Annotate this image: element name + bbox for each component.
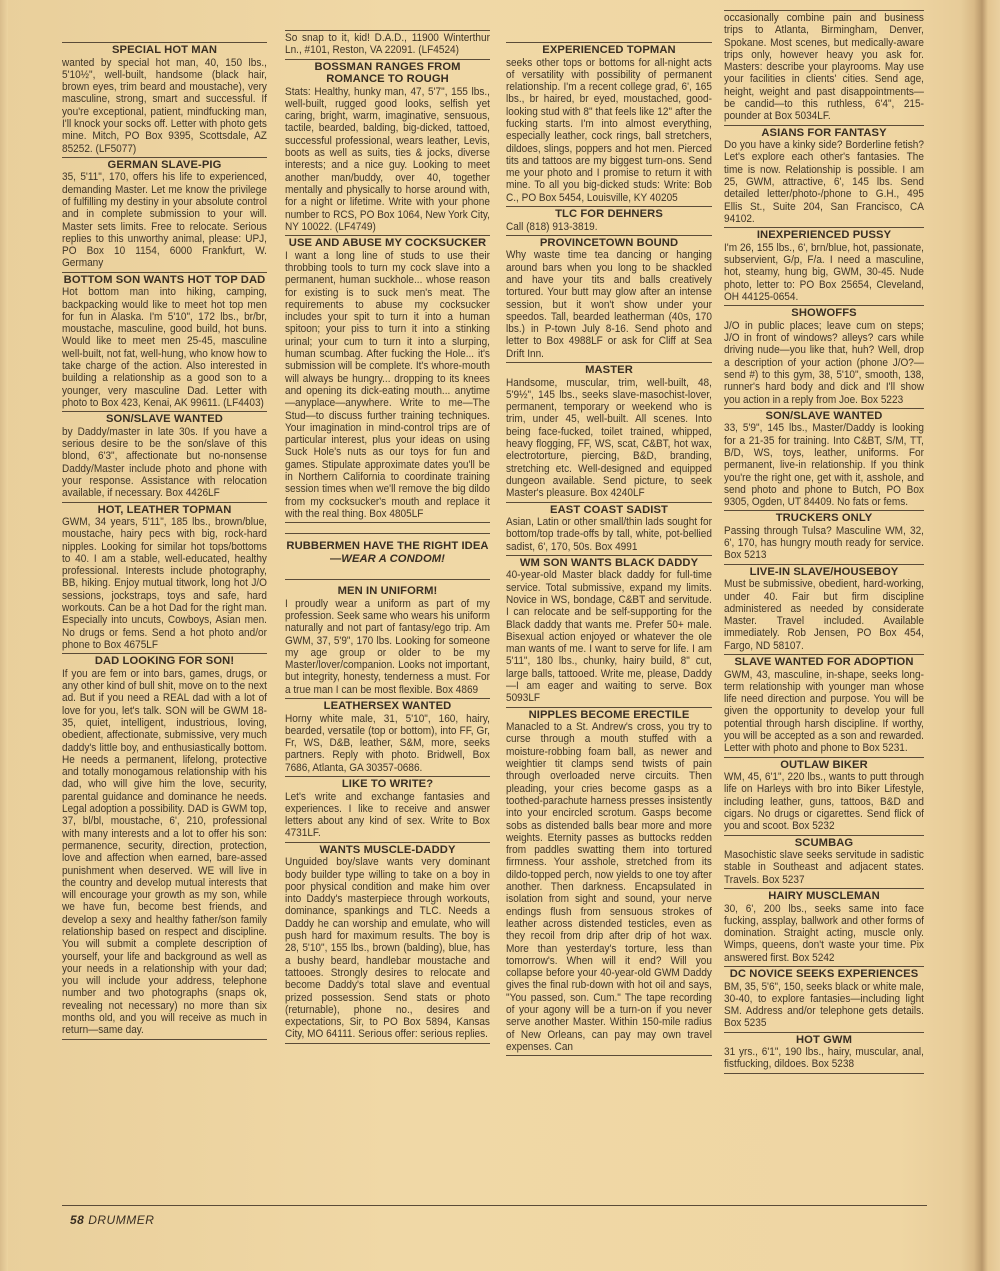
- classified-ad-son-slave-wanted: SON/SLAVE WANTEDby Daddy/master in late …: [62, 412, 267, 502]
- ad-body-text: occasionally combine pain and business t…: [724, 12, 924, 123]
- ad-body-text: Let's write and exchange fantasies and e…: [285, 791, 490, 840]
- ad-body-text: 40-year-old Master black daddy for full-…: [506, 569, 712, 704]
- classified-ad-master: MASTERHandsome, muscular, trim, well-bui…: [506, 363, 712, 502]
- ad-body-text: Asian, Latin or other small/thin lads so…: [506, 516, 712, 553]
- classified-ad-leathersex-wanted: LEATHERSEX WANTEDHorny white male, 31, 5…: [285, 699, 490, 777]
- ad-headline: SHOWOFFS: [724, 307, 924, 320]
- classified-ad-continued: So snap to it, kid! D.A.D., 11900 Winter…: [285, 30, 490, 60]
- ad-body-text: J/O in public places; leave cum on steps…: [724, 320, 924, 406]
- column-3: EXPERIENCED TOPMANseeks other tops or bo…: [506, 42, 712, 1056]
- ad-body-text: Manacled to a St. Andrew's cross, you tr…: [506, 721, 712, 1053]
- notice-headline: RUBBERMEN HAVE THE RIGHT IDEA—WEAR A CON…: [285, 540, 490, 565]
- ad-headline: WANTS MUSCLE-DADDY: [285, 844, 490, 857]
- ad-body-text: Masochistic slave seeks servitude in sad…: [724, 849, 924, 886]
- ad-body-text: Unguided boy/slave wants very dominant b…: [285, 856, 490, 1040]
- ad-headline: WM SON WANTS BLACK DADDY: [506, 557, 712, 570]
- classified-ad-special-hot-man: SPECIAL HOT MANwanted by special hot man…: [62, 42, 267, 158]
- page-footer: 58 DRUMMER: [70, 1213, 154, 1227]
- ad-headline: INEXPERIENCED PUSSY: [724, 229, 924, 242]
- classified-ad-german-slave-pig: GERMAN SLAVE-PIG35, 5'11", 170, offers h…: [62, 158, 267, 273]
- ad-body-text: I proudly wear a uniform as part of my p…: [285, 598, 490, 696]
- ad-headline: SCUMBAG: [724, 837, 924, 850]
- ad-body-text: So snap to it, kid! D.A.D., 11900 Winter…: [285, 32, 490, 57]
- page-spine-fold: [960, 0, 1000, 1271]
- classified-ad-wants-muscle-daddy: WANTS MUSCLE-DADDYUnguided boy/slave wan…: [285, 843, 490, 1044]
- ad-body-text: I want a long line of studs to use their…: [285, 250, 490, 521]
- ad-headline: HAIRY MUSCLEMAN: [724, 890, 924, 903]
- ad-headline: EAST COAST SADIST: [506, 504, 712, 517]
- ad-body-text: wanted by special hot man, 40, 150 lbs.,…: [62, 57, 267, 155]
- classified-ad-east-coast-sadist: EAST COAST SADISTAsian, Latin or other s…: [506, 503, 712, 556]
- ad-headline: MEN IN UNIFORM!: [285, 585, 490, 598]
- classified-ad-son-slave-wanted: SON/SLAVE WANTED33, 5'9", 145 lbs., Mast…: [724, 409, 924, 512]
- ad-body-text: 35, 5'11", 170, offers his life to exper…: [62, 171, 267, 269]
- ad-body-text: GWM, 43, masculine, in-shape, seeks long…: [724, 669, 924, 755]
- classified-ad-inexperienced-pussy: INEXPERIENCED PUSSYI'm 26, 155 lbs., 6',…: [724, 228, 924, 306]
- classified-ad-dad-looking-for-son: DAD LOOKING FOR SON!If you are fem or in…: [62, 654, 267, 1039]
- classified-ad-slave-wanted-for-adoption: SLAVE WANTED FOR ADOPTIONGWM, 43, mascul…: [724, 655, 924, 758]
- classified-ad-asians-for-fantasy: ASIANS FOR FANTASYDo you have a kinky si…: [724, 126, 924, 229]
- ad-headline: LIVE-IN SLAVE/HOUSEBOY: [724, 566, 924, 579]
- ad-headline: PROVINCETOWN BOUND: [506, 237, 712, 250]
- ad-headline: SON/SLAVE WANTED: [62, 413, 267, 426]
- ad-headline: EXPERIENCED TOPMAN: [506, 44, 712, 57]
- footer-rule: [62, 1205, 927, 1206]
- classified-ad-men-in-uniform: MEN IN UNIFORM!I proudly wear a uniform …: [285, 584, 490, 699]
- classified-ad-provincetown-bound: PROVINCETOWN BOUNDWhy waste time tea dan…: [506, 236, 712, 363]
- ad-headline: DC NOVICE SEEKS EXPERIENCES: [724, 968, 924, 981]
- ad-headline: ASIANS FOR FANTASY: [724, 127, 924, 140]
- ad-body-text: Horny white male, 31, 5'10", 160, hairy,…: [285, 713, 490, 774]
- ad-body-text: Why waste time tea dancing or hanging ar…: [506, 249, 712, 360]
- classified-ad-continued: occasionally combine pain and business t…: [724, 10, 924, 126]
- ad-body-text: BM, 35, 5'6", 150, seeks black or white …: [724, 981, 924, 1030]
- ad-headline: TRUCKERS ONLY: [724, 512, 924, 525]
- page-number: 58: [70, 1213, 84, 1227]
- classified-ad-scumbag: SCUMBAGMasochistic slave seeks servitude…: [724, 836, 924, 889]
- classified-ad-dc-novice-seeks-experiences: DC NOVICE SEEKS EXPERIENCESBM, 35, 5'6",…: [724, 967, 924, 1033]
- classified-ad-tlc-for-dehners: TLC FOR DEHNERSCall (818) 913-3819.: [506, 207, 712, 236]
- ad-body-text: Stats: Healthy, hunky man, 47, 5'7", 155…: [285, 86, 490, 234]
- classified-ad-bossman-ranges-from-romance-to-rough: BOSSMAN RANGES FROM ROMANCE TO ROUGHStat…: [285, 60, 490, 237]
- classified-ad-showoffs: SHOWOFFSJ/O in public places; leave cum …: [724, 306, 924, 409]
- notice-emphasis: WEAR A CONDOM!: [341, 553, 445, 565]
- safe-sex-notice: RUBBERMEN HAVE THE RIGHT IDEA—WEAR A CON…: [285, 533, 490, 580]
- classified-ad-live-in-slave-houseboy: LIVE-IN SLAVE/HOUSEBOYMust be submissive…: [724, 565, 924, 655]
- ad-headline: SPECIAL HOT MAN: [62, 44, 267, 57]
- ad-headline: LIKE TO WRITE?: [285, 778, 490, 791]
- classified-ad-like-to-write: LIKE TO WRITE?Let's write and exchange f…: [285, 777, 490, 843]
- ad-body-text: seeks other tops or bottoms for all-nigh…: [506, 57, 712, 205]
- ad-body-text: 30, 6', 200 lbs., seeks same into face f…: [724, 903, 924, 964]
- column-1: SPECIAL HOT MANwanted by special hot man…: [62, 42, 267, 1040]
- ad-body-text: 33, 5'9", 145 lbs., Master/Daddy is look…: [724, 422, 924, 508]
- page-edge: [0, 0, 8, 1271]
- ad-headline: SLAVE WANTED FOR ADOPTION: [724, 656, 924, 669]
- ad-body-text: Must be submissive, obedient, hard-worki…: [724, 578, 924, 652]
- classified-ad-experienced-topman: EXPERIENCED TOPMANseeks other tops or bo…: [506, 42, 712, 207]
- classified-ad-wm-son-wants-black-daddy: WM SON WANTS BLACK DADDY40-year-old Mast…: [506, 556, 712, 708]
- classified-ad-outlaw-biker: OUTLAW BIKERWM, 45, 6'1", 220 lbs., want…: [724, 758, 924, 836]
- ad-body-text: WM, 45, 6'1", 220 lbs., wants to putt th…: [724, 771, 924, 832]
- column-4: occasionally combine pain and business t…: [724, 10, 924, 1074]
- ad-headline: MASTER: [506, 364, 712, 377]
- ad-body-text: If you are fem or into bars, games, drug…: [62, 668, 267, 1037]
- ad-body-text: by Daddy/master in late 30s. If you have…: [62, 426, 267, 500]
- ad-headline: USE AND ABUSE MY COCKSUCKER: [285, 237, 490, 250]
- ad-body-text: Passing through Tulsa? Masculine WM, 32,…: [724, 525, 924, 562]
- ad-body-text: Hot bottom man into hiking, camping, bac…: [62, 286, 267, 409]
- classified-ad-use-and-abuse-my-cocksucker: USE AND ABUSE MY COCKSUCKERI want a long…: [285, 236, 490, 523]
- ad-headline: HOT GWM: [724, 1034, 924, 1047]
- classified-ad-hairy-muscleman: HAIRY MUSCLEMAN30, 6', 200 lbs., seeks s…: [724, 889, 924, 967]
- ad-body-text: 31 yrs., 6'1", 190 lbs., hairy, muscular…: [724, 1046, 924, 1071]
- ad-headline: DAD LOOKING FOR SON!: [62, 655, 267, 668]
- column-2: So snap to it, kid! D.A.D., 11900 Winter…: [285, 30, 490, 1044]
- ad-headline: NIPPLES BECOME ERECTILE: [506, 709, 712, 722]
- ad-headline: OUTLAW BIKER: [724, 759, 924, 772]
- ad-headline: HOT, LEATHER TOPMAN: [62, 504, 267, 517]
- classified-ad-truckers-only: TRUCKERS ONLYPassing through Tulsa? Masc…: [724, 511, 924, 564]
- ad-body-text: GWM, 34 years, 5'11", 185 lbs., brown/bl…: [62, 516, 267, 651]
- ad-headline: BOSSMAN RANGES FROM ROMANCE TO ROUGH: [285, 61, 490, 86]
- ad-headline: TLC FOR DEHNERS: [506, 208, 712, 221]
- classified-ad-bottom-son-wants-hot-top-dad: BOTTOM SON WANTS HOT TOP DADHot bottom m…: [62, 273, 267, 412]
- ad-body-text: Handsome, muscular, trim, well-built, 48…: [506, 377, 712, 500]
- publication-name: DRUMMER: [88, 1213, 154, 1227]
- ad-headline: SON/SLAVE WANTED: [724, 410, 924, 423]
- classified-ad-hot-leather-topman: HOT, LEATHER TOPMANGWM, 34 years, 5'11",…: [62, 503, 267, 655]
- ad-body-text: Call (818) 913-3819.: [506, 221, 712, 233]
- classified-ad-nipples-become-erectile: NIPPLES BECOME ERECTILEManacled to a St.…: [506, 708, 712, 1057]
- ad-body-text: Do you have a kinky side? Borderline fet…: [724, 139, 924, 225]
- ad-headline: GERMAN SLAVE-PIG: [62, 159, 267, 172]
- ad-headline: LEATHERSEX WANTED: [285, 700, 490, 713]
- ad-body-text: I'm 26, 155 lbs., 6', brn/blue, hot, pas…: [724, 242, 924, 303]
- classified-ad-hot-gwm: HOT GWM31 yrs., 6'1", 190 lbs., hairy, m…: [724, 1033, 924, 1074]
- ad-headline: BOTTOM SON WANTS HOT TOP DAD: [62, 274, 267, 287]
